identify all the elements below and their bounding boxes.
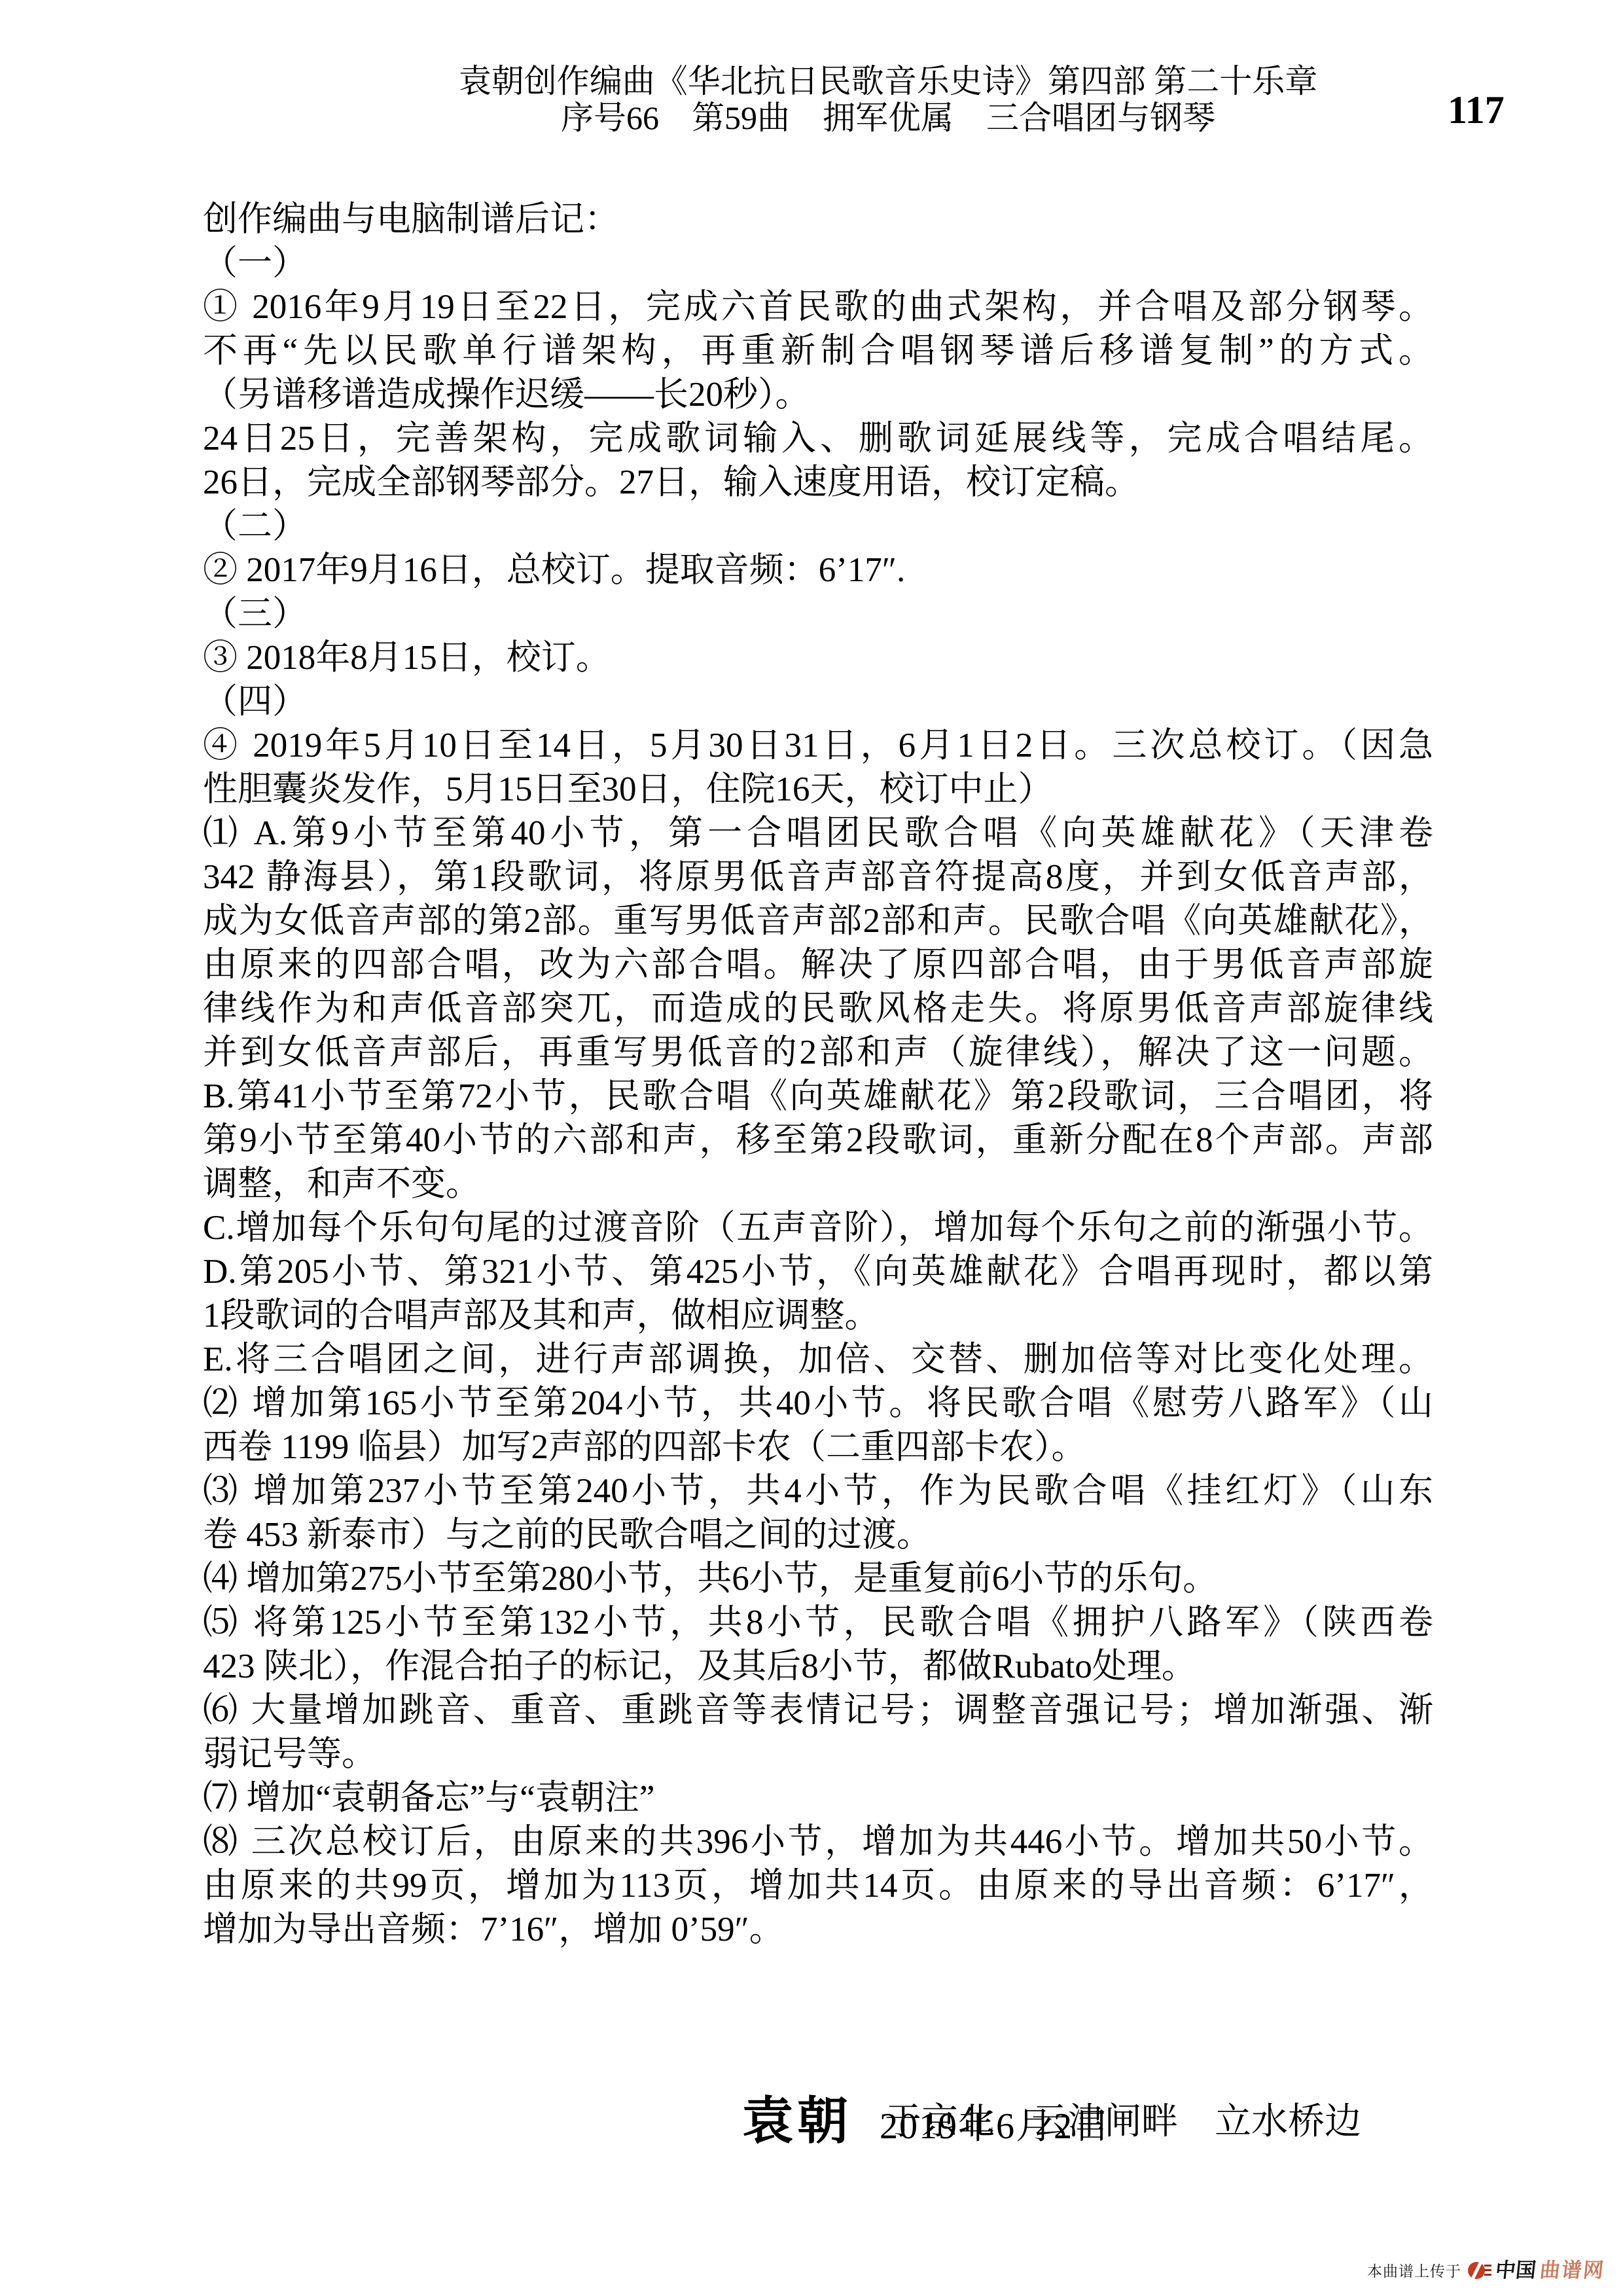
page-number: 117 [1448,90,1505,130]
body-line: E.将三合唱团之间，进行声部调换，加倍、交替、删加倍等对比变化处理。 [203,1338,1433,1382]
body-line: 调整，和声不变。 [203,1162,1433,1206]
body-line: 律线作为和声低音部突兀，而造成的民歌风格走失。将原男低音声部旋律线 [203,987,1433,1031]
header-title-line1: 袁朝创作编曲《华北抗日民歌音乐史诗》第四部 第二十乐章 [459,63,1318,99]
body-line: ③ 2018年8月15日，校订。 [203,636,1433,680]
body-line: （三） [203,592,1433,636]
signature-location: 于京北 云津闸畔 立水桥边 [885,2101,1361,2143]
body-line: 1段歌词的合唱声部及其和声，做相应调整。 [203,1294,1433,1338]
body-line: D.第205小节、第321小节、第425小节，《向英雄献花》合唱再现时，都以第 [203,1250,1433,1294]
body-line: 不再“先以民歌单行谱架构，再重新制合唱钢琴谱后移谱复制”的方式。 [203,329,1433,373]
body-line: ⑶ 增加第237小节至第240小节，共4小节，作为民歌合唱《挂红灯》（山东 [203,1469,1433,1513]
body-line: B.第41小节至第72小节，民歌合唱《向英雄献花》第2段歌词，三合唱团，将 [203,1075,1433,1119]
body-line: 性胆囊炎发作，5月15日至30日，住院16天，校订中止） [203,768,1433,812]
body-line: 成为女低音声部的第2部。重写男低音声部2部和声。民歌合唱《向英雄献花》， [203,899,1433,943]
signature-name: 袁朝 [742,2092,852,2149]
body-line: ⑵ 增加第165小节至第204小节，共40小节。将民歌合唱《慰劳八路军》（山 [203,1382,1433,1426]
body-line: ⑺ 增加“袁朝备忘”与“袁朝注” [203,1776,1433,1820]
body-line: 423 陕北），作混合拍子的标记，及其后8小节，都做Rubato处理。 [203,1645,1433,1689]
body-line: （一） [203,242,1433,285]
body-line: 并到女低音声部后，再重写男低音的2部和声（旋律线），解决了这一问题。 [203,1031,1433,1075]
header-title-line2: 序号66 第59曲 拥军优属 三合唱团与钢琴 [459,99,1318,136]
body-line: 342 静海县），第1段歌词，将原男低音声部音符提高8度，并到女低音声部， [203,855,1433,899]
body-line: 西卷 1199 临县）加写2声部的四部卡农（二重四部卡农）。 [203,1426,1433,1469]
body-line: ⑹ 大量增加跳音、重音、重跳音等表情记号；调整音强记号；增加渐强、渐 [203,1689,1433,1732]
body-line: ② 2017年9月16日，总校订。提取音频：6’17″. [203,548,1433,592]
body-line: ④ 2019年5月10日至14日，5月30日31日，6月1日2日。三次总校订。（… [203,724,1433,768]
body-line: 增加为导出音频：7’16″，增加 0’59″。 [203,1908,1433,1952]
body-line: （四） [203,680,1433,724]
body-line: （另谱移谱造成操作迟缓——长20秒）。 [203,373,1433,417]
document-page: 袁朝创作编曲《华北抗日民歌音乐史诗》第四部 第二十乐章 序号66 第59曲 拥军… [0,0,1623,2296]
watermark-brand-site: 曲谱网 [1539,2260,1605,2281]
body-line: ⑴ A.第9小节至第40小节，第一合唱团民歌合唱《向英雄献花》（天津卷 [203,812,1433,855]
body-line: ⑷ 增加第275小节至第280小节，共6小节，是重复前6小节的乐句。 [203,1557,1433,1601]
watermark-brand-cn: 中国 [1494,2260,1537,2281]
page-header: 袁朝创作编曲《华北抗日民歌音乐史诗》第四部 第二十乐章 序号66 第59曲 拥军… [0,63,1623,136]
body-line: （二） [203,505,1433,548]
body-text: 创作编曲与电脑制谱后记： （一） ① 2016年9月19日至22日，完成六首民歌… [203,198,1433,1952]
body-line: 由原来的共99页，增加为113页，增加共14页。由原来的导出音频：6’17″， [203,1864,1433,1908]
body-line: ⑻ 三次总校订后，由原来的共396小节，增加为共446小节。增加共50小节。 [203,1820,1433,1864]
body-line: 创作编曲与电脑制谱后记： [203,198,1433,242]
body-line: ① 2016年9月19日至22日，完成六首民歌的曲式架构，并合唱及部分钢琴。 [203,285,1433,329]
body-line: 26日，完成全部钢琴部分。27日，输入速度用语，校订定稿。 [203,461,1433,505]
body-line: ⑸ 将第125小节至第132小节，共8小节，民歌合唱《拥护八路军》（陕西卷 [203,1601,1433,1645]
watermark: 本曲谱上传于 中国 曲谱网 [1367,2259,1605,2281]
body-line: 第9小节至第40小节的六部和声，移至第2段歌词，重新分配在8个声部。声部 [203,1119,1433,1162]
body-line: C.增加每个乐句句尾的过渡音阶（五声音阶），增加每个乐句之前的渐强小节。 [203,1206,1433,1250]
body-line: 弱记号等。 [203,1732,1433,1776]
music-logo-icon [1468,2260,1491,2281]
body-line: 由原来的四部合唱，改为六部合唱。解决了原四部合唱，由于男低音声部旋 [203,943,1433,987]
body-line: 卷 453 新泰市）与之前的民歌合唱之间的过渡。 [203,1513,1433,1557]
page-header-inner: 袁朝创作编曲《华北抗日民歌音乐史诗》第四部 第二十乐章 序号66 第59曲 拥军… [459,63,1318,136]
watermark-text: 本曲谱上传于 [1367,2259,1461,2281]
body-line: 24日25日，完善架构，完成歌词输入、删歌词延展线等，完成合唱结尾。 [203,417,1433,461]
